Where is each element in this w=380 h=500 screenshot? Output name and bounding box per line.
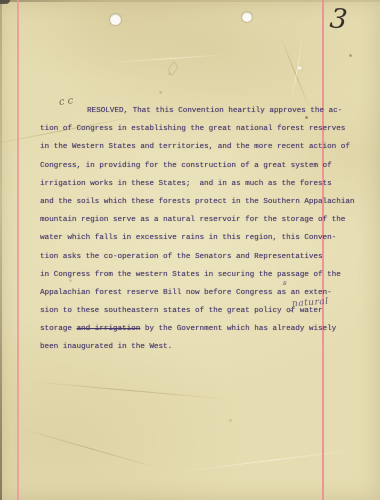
typed-text: been inaugurated in the West.	[40, 343, 172, 351]
paper-nick	[297, 66, 302, 70]
insertion-caret-mark: ^	[287, 310, 295, 320]
left-margin-line	[17, 0, 19, 500]
typed-text: water which falls in excessive rains in …	[40, 234, 336, 242]
typed-line: water which falls in excessive rains in …	[40, 229, 374, 247]
paper-left-edge	[0, 0, 2, 500]
struck-text: and irrigation	[76, 325, 140, 333]
paper-crease	[110, 54, 230, 63]
typed-line: irrigation works in these States; and in…	[40, 175, 374, 193]
typed-text: Congress, in providing for the construct…	[40, 162, 332, 170]
typed-text: in Congress from the western States in s…	[40, 271, 341, 279]
handwritten-page-number: 3	[329, 5, 349, 34]
typed-text: in the Western States and territories, a…	[40, 143, 350, 151]
typed-line: RESOLVED, That this Convention heartily …	[40, 102, 374, 120]
typed-text: tion of Congress in establishing the gre…	[40, 125, 345, 133]
paper-flaw-mark	[168, 60, 179, 76]
typed-text: RESOLVED, That this Convention heartily …	[87, 107, 342, 115]
typed-text: and the soils which these forests protec…	[40, 198, 354, 206]
paper-crease	[290, 36, 303, 105]
punch-hole	[110, 14, 121, 25]
typed-text: irrigation works in these States; and in…	[40, 180, 332, 188]
document-page: 3 cc RESOLVED, That this Convention hear…	[0, 0, 380, 500]
punch-hole	[242, 12, 252, 22]
typed-line: storage and irrigation by the Government…	[40, 320, 374, 338]
typed-line: tion asks the co-operation of the Senato…	[40, 248, 374, 266]
typed-line: and the soils which these forests protec…	[40, 193, 374, 211]
typewritten-text: RESOLVED, That this Convention heartily …	[40, 102, 374, 357]
typed-line: in Congress from the western States in s…	[40, 266, 374, 284]
typed-line: mountain region serve as a natural reser…	[40, 211, 374, 229]
typed-text: tion asks the co-operation of the Senato…	[40, 253, 323, 261]
typed-text: mountain region serve as a natural reser…	[40, 216, 345, 224]
typed-line: Congress, in providing for the construct…	[40, 157, 374, 175]
photo-corner-shadow	[0, 0, 10, 4]
typed-line: in the Western States and territories, a…	[40, 138, 374, 156]
typed-text: sion to these southeastern states of the…	[40, 307, 323, 315]
typed-line: tion of Congress in establishing the gre…	[40, 120, 374, 138]
paper-crease	[176, 448, 365, 472]
paper-crease	[30, 381, 229, 399]
typed-line: been inaugurated in the West.	[40, 338, 374, 356]
typed-text: storage	[40, 325, 76, 333]
typed-text: by the Government which has already wise…	[140, 325, 336, 333]
paper-specks	[0, 0, 1, 1]
typed-text: Appalachian forest reserve Bill now befo…	[40, 289, 332, 297]
paper-crease	[18, 427, 162, 469]
